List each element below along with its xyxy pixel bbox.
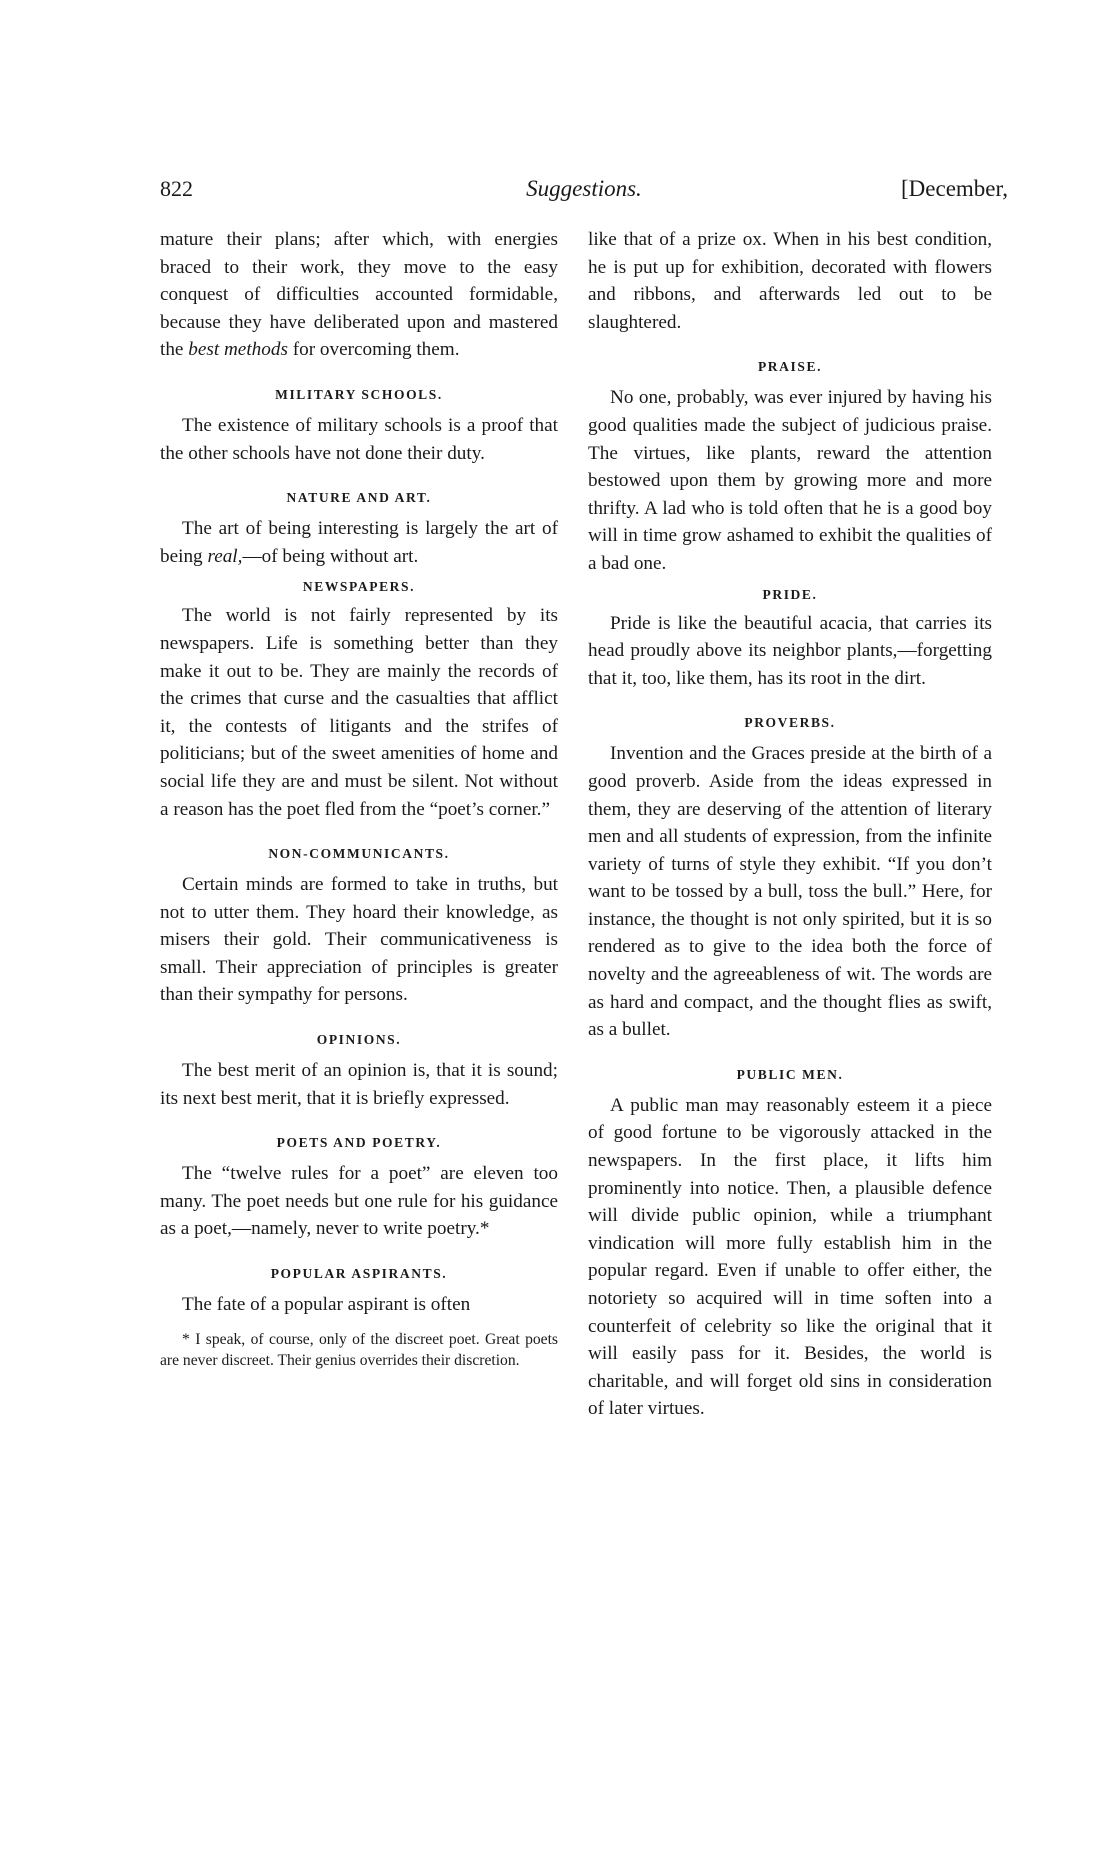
section-heading-pride: PRIDE. [588, 586, 992, 604]
running-head: 822 Suggestions. [December, [160, 176, 1008, 206]
continuation-paragraph: like that of a prize ox. When in his bes… [588, 226, 992, 336]
section-text-proverbs: Invention and the Graces preside at the … [588, 740, 992, 1044]
section-heading-poets-and-poetry: POETS AND POETRY. [160, 1134, 558, 1152]
footnote: * I speak, of course, only of the discre… [160, 1329, 558, 1371]
section-heading-nature-and-art: NATURE AND ART. [160, 489, 558, 507]
footnote-text: * I speak, of course, only of the discre… [160, 1329, 558, 1371]
section-heading-public-men: PUBLIC MEN. [588, 1066, 992, 1084]
section-heading-proverbs: PROVERBS. [588, 714, 992, 732]
section-text-praise: No one, probably, was ever injured by ha… [588, 384, 992, 577]
running-title: Suggestions. [160, 176, 1008, 202]
book-page: 822 Suggestions. [December, mature their… [0, 0, 1096, 1875]
section-heading-military-schools: MILITARY SCHOOLS. [160, 386, 558, 404]
section-heading-opinions: OPINIONS. [160, 1031, 558, 1049]
section-heading-newspapers: NEWSPAPERS. [160, 578, 558, 596]
right-column: like that of a prize ox. When in his bes… [588, 226, 992, 1423]
section-text-pride: Pride is like the beautiful acacia, that… [588, 610, 992, 693]
emphasis-text: best methods [188, 339, 288, 360]
section-text-nature-and-art: The art of being interesting is largely … [160, 515, 558, 570]
section-text-poets-and-poetry: The “twelve rules for a poet” are eleven… [160, 1160, 558, 1243]
section-text-non-communicants: Certain minds are formed to take in trut… [160, 871, 558, 1009]
section-text-military-schools: The existence of military schools is a p… [160, 412, 558, 467]
section-text-public-men: A public man may reasonably esteem it a … [588, 1092, 992, 1423]
left-column: mature their plans; after which, with en… [160, 226, 558, 1371]
section-text-popular-aspirants: The fate of a popular aspirant is often [160, 1291, 558, 1319]
running-month: [December, [901, 176, 1008, 202]
section-heading-praise: PRAISE. [588, 358, 992, 376]
section-heading-popular-aspirants: POPULAR ASPIRANTS. [160, 1265, 558, 1283]
continuation-paragraph: mature their plans; after which, with en… [160, 226, 558, 364]
section-text-opinions: The best merit of an opinion is, that it… [160, 1057, 558, 1112]
section-text-newspapers: The world is not fairly represented by i… [160, 602, 558, 823]
section-heading-non-communicants: NON-COMMUNICANTS. [160, 845, 558, 863]
emphasis-text: real, [207, 546, 242, 567]
